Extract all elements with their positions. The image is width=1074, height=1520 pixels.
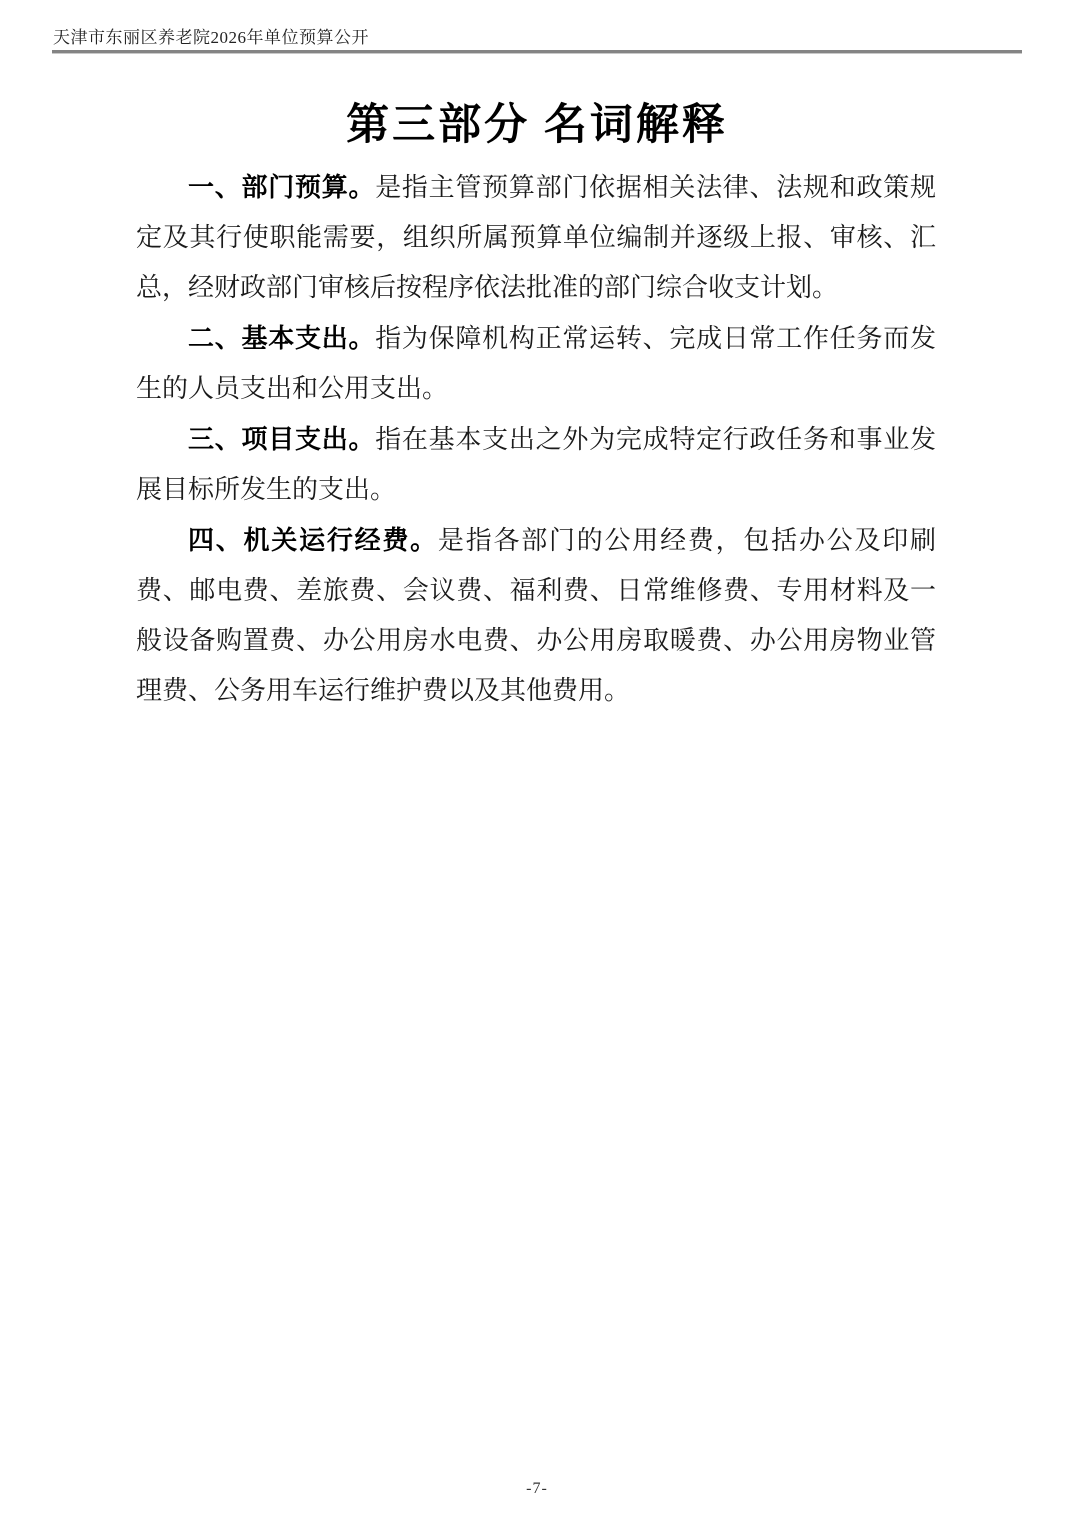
- term-label: 二、基本支出。: [188, 323, 375, 353]
- header-divider: [52, 50, 1022, 54]
- definition-paragraph: 四、机关运行经费。是指各部门的公用经费，包括办公及印刷费、邮电费、差旅费、会议费…: [136, 515, 936, 716]
- definition-paragraph: 一、部门预算。是指主管预算部门依据相关法律、法规和政策规定及其行使职能需要，组织…: [136, 162, 936, 313]
- document-body: 一、部门预算。是指主管预算部门依据相关法律、法规和政策规定及其行使职能需要，组织…: [136, 162, 936, 716]
- page-title: 第三部分 名词解释: [0, 98, 1074, 154]
- term-label: 一、部门预算。: [188, 172, 375, 202]
- term-label: 三、项目支出。: [188, 424, 375, 454]
- page-number: -7-: [0, 1480, 1074, 1498]
- term-label: 四、机关运行经费。: [188, 525, 438, 555]
- document-header-text: 天津市东丽区养老院2026年单位预算公开: [53, 28, 369, 48]
- definition-paragraph: 二、基本支出。指为保障机构正常运转、完成日常工作任务而发生的人员支出和公用支出。: [136, 313, 936, 414]
- document-page: 天津市东丽区养老院2026年单位预算公开 第三部分 名词解释 一、部门预算。是指…: [0, 0, 1074, 1520]
- definition-paragraph: 三、项目支出。指在基本支出之外为完成特定行政任务和事业发展目标所发生的支出。: [136, 414, 936, 515]
